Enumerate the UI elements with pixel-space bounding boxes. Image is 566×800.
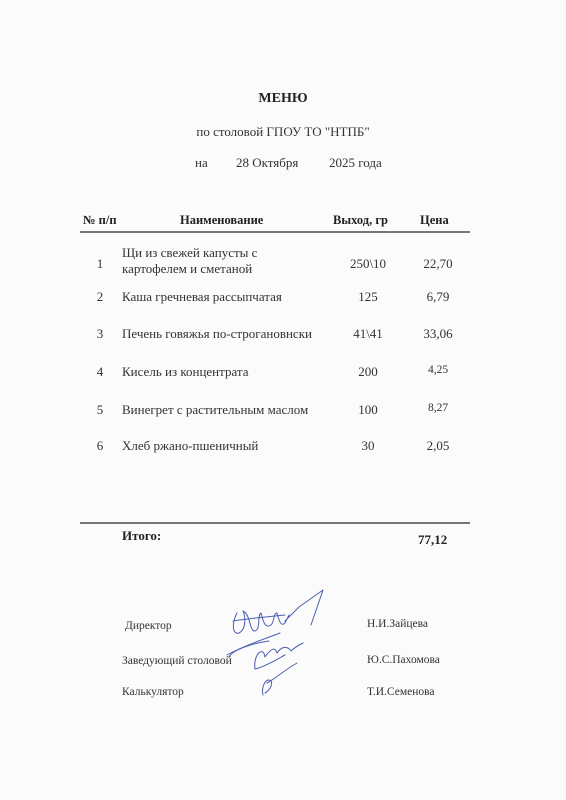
row-name: Каша гречневая рассыпчатая [122, 289, 342, 305]
total-divider [80, 522, 470, 524]
row-price: 6,79 [408, 289, 468, 305]
signature-role-canteen-head: Заведующий столовой [122, 655, 232, 667]
row-name: Хлеб ржано-пшеничный [122, 438, 342, 454]
row-output: 41\41 [328, 326, 408, 342]
row-number: 3 [90, 326, 110, 342]
row-name: Печень говяжья по-строгановнски [122, 326, 342, 342]
handwritten-signatures-icon [225, 585, 335, 705]
row-number: 5 [90, 402, 110, 418]
row-price: 22,70 [408, 256, 468, 272]
date-day: 28 Октября [236, 155, 298, 171]
row-output: 200 [328, 364, 408, 380]
signature-role-director: Директор [125, 620, 172, 632]
signature-name-director: Н.И.Зайцева [367, 618, 428, 630]
header-output: Выход, гр [333, 213, 388, 228]
row-price: 4,25 [408, 364, 468, 376]
total-label: Итого: [122, 528, 161, 544]
signature-name-canteen-head: Ю.С.Пахомова [367, 654, 440, 666]
row-output: 30 [328, 438, 408, 454]
row-output: 125 [328, 289, 408, 305]
header-price: Цена [420, 213, 449, 228]
date-prefix: на [195, 155, 208, 171]
total-value: 77,12 [418, 532, 447, 548]
header-number: № п/п [83, 213, 117, 228]
header-name: Наименование [180, 213, 263, 228]
signature-role-calculator: Калькулятор [122, 686, 184, 698]
row-number: 6 [90, 438, 110, 454]
row-number: 1 [90, 256, 110, 272]
signature-name-calculator: Т.И.Семенова [367, 686, 435, 698]
row-name: Щи из свежей капусты с картофелем и смет… [122, 245, 322, 277]
date-year: 2025 года [329, 155, 382, 171]
header-divider [80, 231, 470, 233]
row-price: 2,05 [408, 438, 468, 454]
row-number: 4 [90, 364, 110, 380]
document-subtitle: по столовой ГПОУ ТО "НТПБ" [0, 124, 566, 140]
row-name: Винегрет с растительным маслом [122, 402, 342, 418]
row-output: 100 [328, 402, 408, 418]
row-price: 8,27 [408, 402, 468, 414]
row-name: Кисель из концентрата [122, 364, 342, 380]
row-price: 33,06 [408, 326, 468, 342]
row-number: 2 [90, 289, 110, 305]
document-title: МЕНЮ [0, 91, 566, 107]
row-output: 250\10 [328, 256, 408, 272]
